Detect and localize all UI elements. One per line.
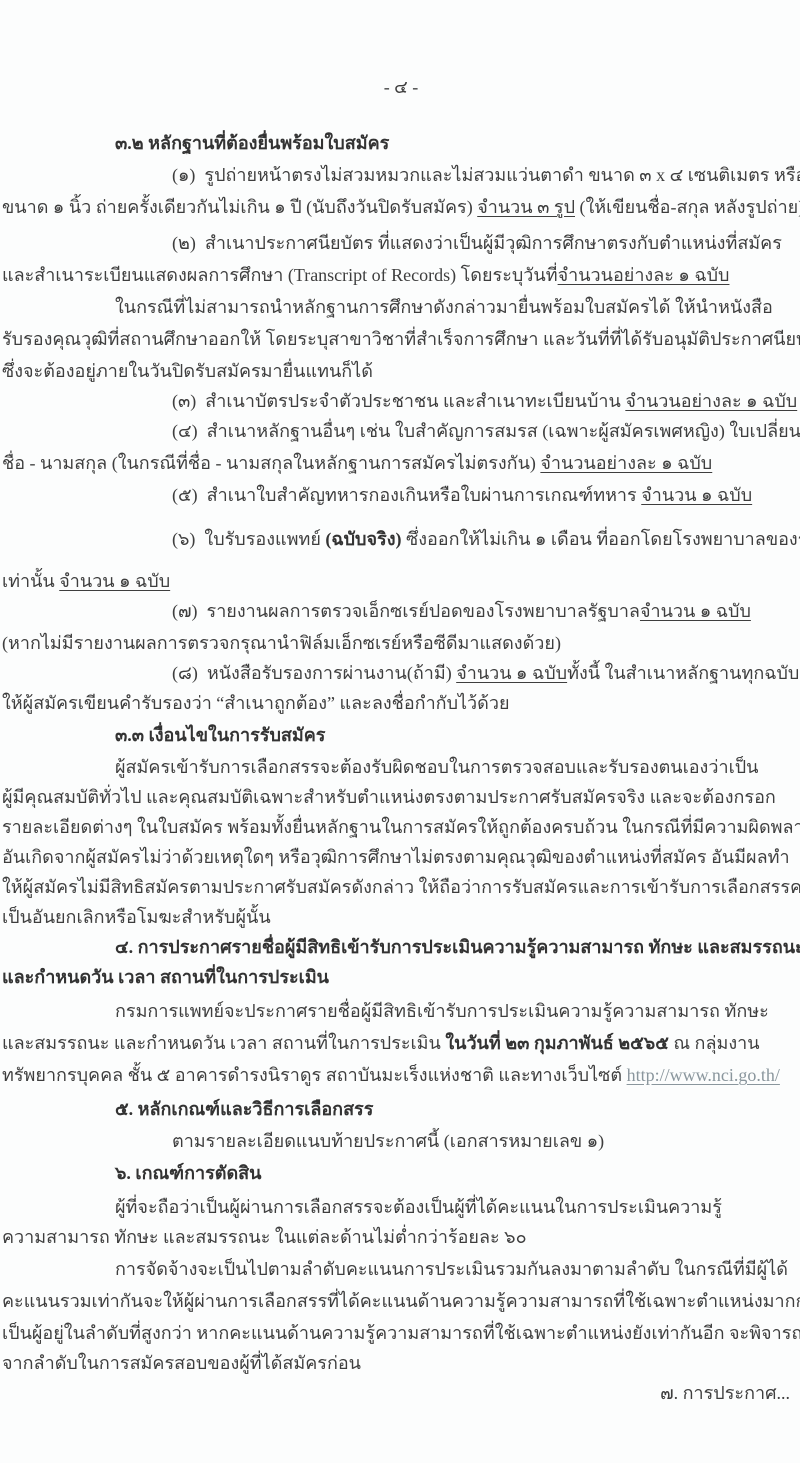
item-2-note-line-3: ซึ่งจะต้องอยู่ภายในวันปิดรับสมัครมายื่นแ… — [2, 356, 800, 386]
document-page: - ๔ -๓.๒ หลักฐานที่ต้องยื่นพร้อมใบสมัคร(… — [0, 0, 800, 1463]
section-3-2-heading: ๓.๒ หลักฐานที่ต้องยื่นพร้อมใบสมัคร — [115, 128, 800, 158]
text-run: เป็นผู้อยู่ในลำดับที่สูงกว่า หากคะแนนด้า… — [2, 1323, 800, 1343]
text-run: ทั้งนี้ ในสำเนาหลักฐานทุกฉบับ — [567, 663, 799, 683]
text-run: (๘) หนังสือรับรองการผ่านงาน(ถ้ามี) — [172, 663, 456, 683]
bold-emphasis: (ฉบับจริง) — [325, 529, 401, 549]
text-run: รายละเอียดต่างๆ ในใบสมัคร พร้อมทั้งยื่นห… — [2, 817, 800, 837]
bold-emphasis: ในวันที่ ๒๓ กุมภาพันธ์ ๒๕๖๕ — [445, 1033, 668, 1053]
section-4-heading-line-2: และกำหนดวัน เวลา สถานที่ในการประเมิน — [2, 962, 800, 992]
text-run: เป็นอันยกเลิกหรือโมฆะสำหรับผู้นั้น — [2, 907, 271, 927]
text-run: จากลำดับในการสมัครสอบของผู้ที่ได้สมัครก่… — [2, 1353, 361, 1373]
text-run: ณ กลุ่มงาน — [669, 1033, 760, 1053]
section-6-para-2-line-4: จากลำดับในการสมัครสอบของผู้ที่ได้สมัครก่… — [2, 1348, 800, 1378]
text-run: (หากไม่มีรายงานผลการตรวจกรุณานำฟิล์มเอ็ก… — [2, 633, 561, 653]
item-4-line-2: ชื่อ - นามสกุล (ในกรณีที่ชื่อ - นามสกุลใ… — [2, 448, 800, 478]
text-run: ผู้ที่จะถือว่าเป็นผู้ผ่านการเลือกสรรจะต้… — [115, 1197, 722, 1217]
item-1-line-1: (๑) รูปถ่ายหน้าตรงไม่สวมหมวกและไม่สวมแว่… — [172, 160, 800, 190]
section-4-para-line-2: และสมรรถนะ และกำหนดวัน เวลา สถานที่ในการ… — [2, 1028, 800, 1058]
section-5-heading: ๕. หลักเกณฑ์และวิธีการเลือกสรร — [115, 1094, 800, 1124]
underlined-quantity: จำนวน ๑ ฉบับ — [641, 485, 752, 505]
text-run: (๗) รายงานผลการตรวจเอ็กซเรย์ปอดของโรงพยา… — [172, 601, 640, 621]
item-2-line-1: (๒) สำเนาประกาศนียบัตร ที่แสดงว่าเป็นผู้… — [172, 228, 800, 258]
text-run: รับรองคุณวุฒิที่สถานศึกษาออกให้ โดยระบุส… — [2, 329, 800, 349]
text-run: ซึ่งจะต้องอยู่ภายในวันปิดรับสมัครมายื่นแ… — [2, 361, 373, 381]
text-run: ๗. การประกาศ... — [660, 1383, 790, 1403]
item-6-line-1: (๖) ใบรับรองแพทย์ (ฉบับจริง) ซึ่งออกให้ไ… — [172, 524, 800, 554]
item-8-line-2: ให้ผู้สมัครเขียนคำรับรองว่า “สำเนาถูกต้อ… — [2, 688, 800, 718]
text-run: เท่านั้น — [2, 571, 59, 591]
underlined-quantity: จำนวน ๑ ฉบับ — [640, 601, 751, 621]
item-2-note-line-1: ในกรณีที่ไม่สามารถนำหลักฐานการศึกษาดังกล… — [115, 292, 800, 322]
section-6-para-1-line-1: ผู้ที่จะถือว่าเป็นผู้ผ่านการเลือกสรรจะต้… — [115, 1192, 800, 1222]
document-body: - ๔ -๓.๒ หลักฐานที่ต้องยื่นพร้อมใบสมัคร(… — [2, 72, 800, 1408]
section-6-para-1-line-2: ความสามารถ ทักษะ และสมรรถนะ ในแต่ละด้านไ… — [2, 1222, 800, 1252]
text-run: ความสามารถ ทักษะ และสมรรถนะ ในแต่ละด้านไ… — [2, 1227, 527, 1247]
item-4-line-1: (๔) สำเนาหลักฐานอื่นๆ เช่น ใบสำคัญการสมร… — [172, 416, 800, 446]
section-3-3-para-line-5: ให้ผู้สมัครไม่มีสิทธิสมัครตามประกาศรับสม… — [2, 872, 800, 902]
text-run: ผู้มีคุณสมบัติทั่วไป และคุณสมบัติเฉพาะสำ… — [2, 787, 776, 807]
bold-emphasis: ๔. การประกาศรายชื่อผู้มีสิทธิเข้ารับการป… — [115, 937, 800, 957]
section-3-3-para-line-3: รายละเอียดต่างๆ ในใบสมัคร พร้อมทั้งยื่นห… — [2, 812, 800, 842]
text-run: ทรัพยากรบุคคล ชั้น ๕ อาคารดำรงนิราดูร สถ… — [2, 1065, 627, 1085]
bold-emphasis: ๖. เกณฑ์การตัดสิน — [115, 1163, 261, 1183]
item-6-line-2: เท่านั้น จำนวน ๑ ฉบับ — [2, 566, 800, 596]
section-6-para-2-line-2: คะแนนรวมเท่ากันจะให้ผู้ผ่านการเลือกสรรที… — [2, 1286, 800, 1316]
text-run: ผู้สมัครเข้ารับการเลือกสรรจะต้องรับผิดชอ… — [115, 757, 758, 777]
page-continuation-note: ๗. การประกาศ... — [2, 1378, 800, 1408]
text-run: (ให้เขียนชื่อ-สกุล หลังรูปถ่าย) — [575, 197, 800, 217]
text-run: และสำเนาระเบียนแสดงผลการศึกษา (Transcrip… — [2, 265, 558, 285]
text-run: ขนาด ๑ นิ้ว ถ่ายครั้งเดียวกันไม่เกิน ๑ ป… — [2, 197, 477, 217]
underlined-quantity: จำนวนอย่างละ ๑ ฉบับ — [558, 265, 730, 285]
section-6-heading: ๖. เกณฑ์การตัดสิน — [115, 1158, 800, 1188]
item-5-line: (๕) สำเนาใบสำคัญทหารกองเกินหรือใบผ่านการ… — [172, 480, 800, 510]
underlined-quantity: จำนวน ๑ ฉบับ — [456, 663, 567, 683]
text-run: (๖) ใบรับรองแพทย์ — [172, 529, 325, 549]
text-run: อันเกิดจากผู้สมัครไม่ว่าด้วยเหตุใดๆ หรือ… — [2, 847, 790, 867]
text-run: (๔) สำเนาหลักฐานอื่นๆ เช่น ใบสำคัญการสมร… — [172, 421, 800, 441]
section-3-3-para-line-4: อันเกิดจากผู้สมัครไม่ว่าด้วยเหตุใดๆ หรือ… — [2, 842, 800, 872]
text-run: ชื่อ - นามสกุล (ในกรณีที่ชื่อ - นามสกุลใ… — [2, 453, 540, 473]
bold-emphasis: ๓.๒ หลักฐานที่ต้องยื่นพร้อมใบสมัคร — [115, 133, 389, 153]
item-7-line-2: (หากไม่มีรายงานผลการตรวจกรุณานำฟิล์มเอ็ก… — [2, 628, 800, 658]
text-run: ในกรณีที่ไม่สามารถนำหลักฐานการศึกษาดังกล… — [115, 297, 773, 317]
underlined-quantity: จำนวนอย่างละ ๑ ฉบับ — [540, 453, 712, 473]
section-6-para-2-line-3: เป็นผู้อยู่ในลำดับที่สูงกว่า หากคะแนนด้า… — [2, 1318, 800, 1348]
bold-emphasis: ๓.๓ เงื่อนไขในการรับสมัคร — [115, 725, 325, 745]
section-4-para-line-1: กรมการแพทย์จะประกาศรายชื่อผู้มีสิทธิเข้า… — [115, 996, 800, 1026]
bold-emphasis: ๕. หลักเกณฑ์และวิธีการเลือกสรร — [115, 1099, 373, 1119]
item-1-line-2: ขนาด ๑ นิ้ว ถ่ายครั้งเดียวกันไม่เกิน ๑ ป… — [2, 192, 800, 222]
text-run: คะแนนรวมเท่ากันจะให้ผู้ผ่านการเลือกสรรที… — [2, 1291, 800, 1311]
section-3-3-para-line-1: ผู้สมัครเข้ารับการเลือกสรรจะต้องรับผิดชอ… — [115, 752, 800, 782]
underlined-quantity: จำนวน ๓ รูป — [477, 197, 575, 217]
section-4-heading-line-1: ๔. การประกาศรายชื่อผู้มีสิทธิเข้ารับการป… — [115, 932, 800, 962]
text-run: (๓) สำเนาบัตรประจำตัวประชาชน และสำเนาทะเ… — [172, 391, 625, 411]
text-run: - ๔ - — [384, 77, 419, 97]
section-3-3-heading: ๓.๓ เงื่อนไขในการรับสมัคร — [115, 720, 800, 750]
item-7-line-1: (๗) รายงานผลการตรวจเอ็กซเรย์ปอดของโรงพยา… — [172, 596, 800, 626]
section-5-para: ตามรายละเอียดแนบท้ายประกาศนี้ (เอกสารหมา… — [172, 1126, 800, 1156]
section-6-para-2-line-1: การจัดจ้างจะเป็นไปตามลำดับคะแนนการประเมิ… — [115, 1254, 800, 1284]
text-run: การจัดจ้างจะเป็นไปตามลำดับคะแนนการประเมิ… — [115, 1259, 788, 1279]
text-run: และสมรรถนะ และกำหนดวัน เวลา สถานที่ในการ… — [2, 1033, 445, 1053]
underlined-quantity: จำนวน ๑ ฉบับ — [59, 571, 170, 591]
item-8-line-1: (๘) หนังสือรับรองการผ่านงาน(ถ้ามี) จำนวน… — [172, 658, 800, 688]
text-run: ให้ผู้สมัครเขียนคำรับรองว่า “สำเนาถูกต้อ… — [2, 693, 510, 713]
item-2-note-line-2: รับรองคุณวุฒิที่สถานศึกษาออกให้ โดยระบุส… — [2, 324, 800, 354]
section-4-para-line-3: ทรัพยากรบุคคล ชั้น ๕ อาคารดำรงนิราดูร สถ… — [2, 1060, 800, 1090]
item-3-line: (๓) สำเนาบัตรประจำตัวประชาชน และสำเนาทะเ… — [172, 386, 800, 416]
bold-emphasis: และกำหนดวัน เวลา สถานที่ในการประเมิน — [2, 967, 329, 987]
underlined-quantity: จำนวนอย่างละ ๑ ฉบับ — [625, 391, 797, 411]
text-run: ซึ่งออกให้ไม่เกิน ๑ เดือน ที่ออกโดยโรงพย… — [401, 529, 800, 549]
section-3-3-para-line-6: เป็นอันยกเลิกหรือโมฆะสำหรับผู้นั้น — [2, 902, 800, 932]
text-run: (๕) สำเนาใบสำคัญทหารกองเกินหรือใบผ่านการ… — [172, 485, 641, 505]
text-run: (๑) รูปถ่ายหน้าตรงไม่สวมหมวกและไม่สวมแว่… — [172, 165, 800, 185]
text-run: (๒) สำเนาประกาศนียบัตร ที่แสดงว่าเป็นผู้… — [172, 233, 782, 253]
text-run: ตามรายละเอียดแนบท้ายประกาศนี้ (เอกสารหมา… — [172, 1131, 604, 1151]
page-number: - ๔ - — [2, 72, 800, 102]
website-link[interactable]: http://www.nci.go.th/ — [627, 1065, 780, 1085]
text-run: ให้ผู้สมัครไม่มีสิทธิสมัครตามประกาศรับสม… — [2, 877, 800, 897]
item-2-line-2: และสำเนาระเบียนแสดงผลการศึกษา (Transcrip… — [2, 260, 800, 290]
text-run: กรมการแพทย์จะประกาศรายชื่อผู้มีสิทธิเข้า… — [115, 1001, 769, 1021]
section-3-3-para-line-2: ผู้มีคุณสมบัติทั่วไป และคุณสมบัติเฉพาะสำ… — [2, 782, 800, 812]
